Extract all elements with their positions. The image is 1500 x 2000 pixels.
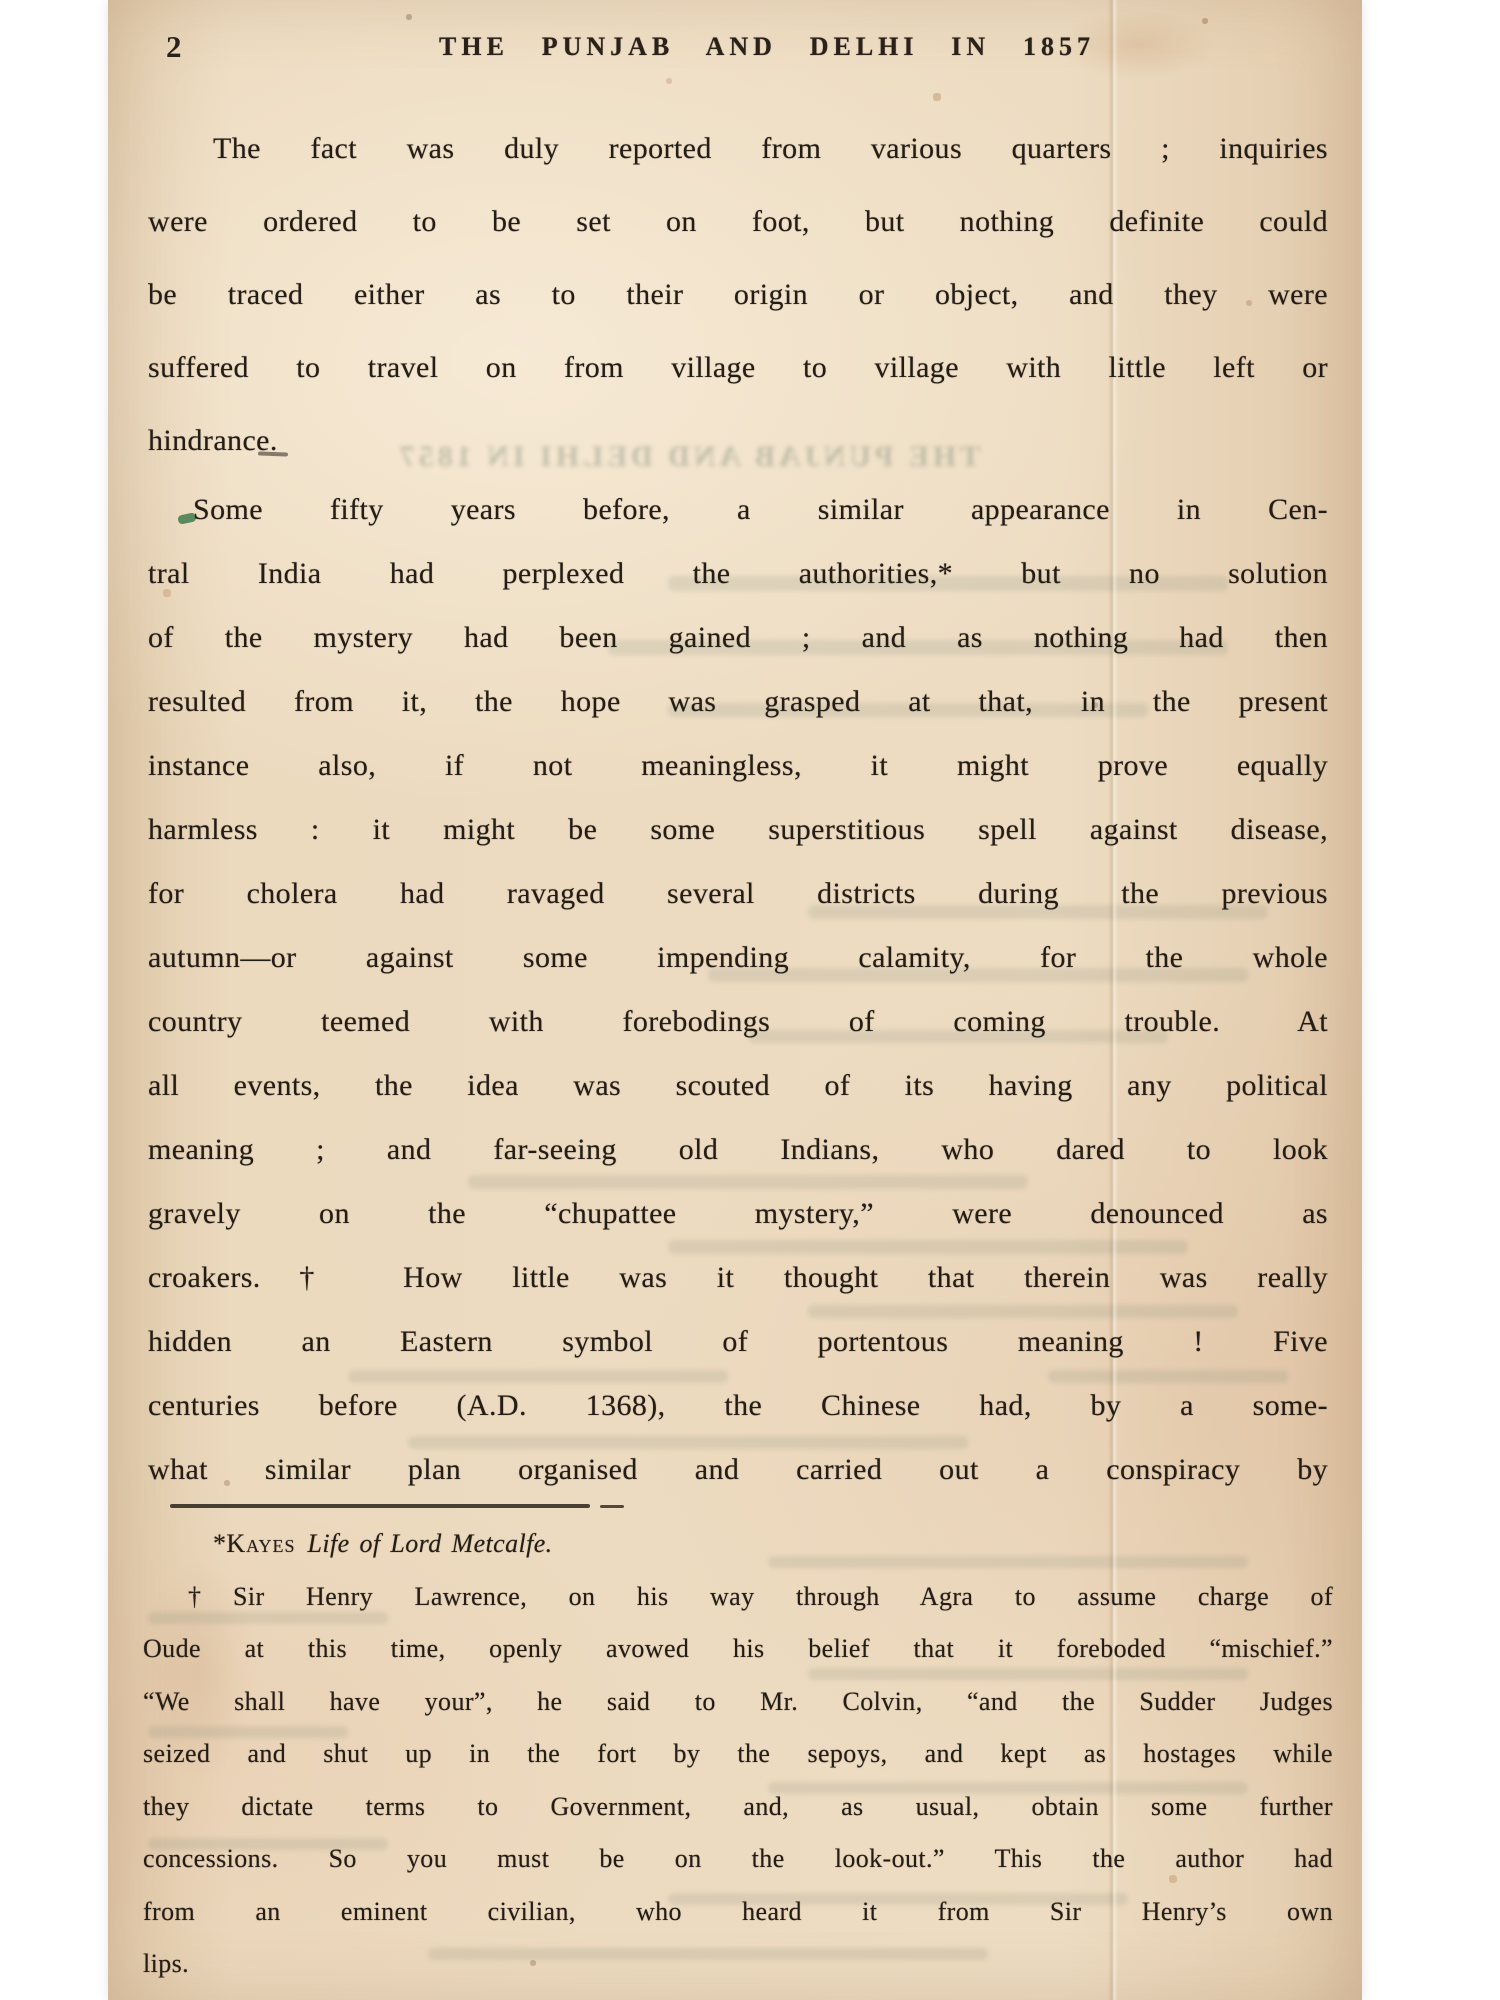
footnote-marker: * xyxy=(213,1529,226,1558)
footnote-rule-dash xyxy=(600,1505,624,1508)
text-line: for cholera had ravaged several district… xyxy=(148,862,1328,926)
text-line: †Sir Henry Lawrence, on his way through … xyxy=(143,1571,1333,1624)
text-line: autumn—or against some impending calamit… xyxy=(148,926,1328,990)
footnotes: *KayesLife of Lord Metcalfe. †Sir Henry … xyxy=(143,1518,1333,1991)
footnote-work-title: Life of Lord Metcalfe. xyxy=(308,1529,553,1558)
text-line: Oude at this time, openly avowed his bel… xyxy=(143,1623,1333,1676)
text-line: resulted from it, the hope was grasped a… xyxy=(148,670,1328,734)
text-line: hidden an Eastern symbol of portentous m… xyxy=(148,1310,1328,1374)
footnote-rule xyxy=(170,1504,590,1508)
text-line: hindrance. xyxy=(148,404,1328,477)
text-line: concessions. So you must be on the look-… xyxy=(143,1833,1333,1886)
text-line: The fact was duly reported from various … xyxy=(148,112,1328,185)
text-line: harmless : it might be some superstitiou… xyxy=(148,798,1328,862)
text-line: what similar plan organised and carried … xyxy=(148,1438,1328,1502)
text-line: croakers.† How little was it thought tha… xyxy=(148,1246,1328,1310)
text-line: Some fifty years before, a similar appea… xyxy=(148,478,1328,542)
text-line: they dictate terms to Government, and, a… xyxy=(143,1781,1333,1834)
text-line: all events, the idea was scouted of its … xyxy=(148,1054,1328,1118)
text-line: gravely on the “chupattee mystery,” were… xyxy=(148,1182,1328,1246)
text-line: “We shall have your”, he said to Mr. Col… xyxy=(143,1676,1333,1729)
foxing-specks xyxy=(108,0,110,2)
running-title: THE PUNJAB AND DELHI IN 1857 xyxy=(439,26,1095,68)
text-line: seized and shut up in the fort by the se… xyxy=(143,1728,1333,1781)
text-line: be traced either as to their origin or o… xyxy=(148,258,1328,331)
text-line: were ordered to be set on foot, but noth… xyxy=(148,185,1328,258)
text-line: centuries before (A.D. 1368), the Chines… xyxy=(148,1374,1328,1438)
text-line: meaning ; and far-seeing old Indians, wh… xyxy=(148,1118,1328,1182)
text-line: tral India had perplexed the authorities… xyxy=(148,542,1328,606)
paragraph-1: The fact was duly reported from various … xyxy=(148,112,1328,477)
screenshot-canvas: { "page": { "number": "2", "title": "THE… xyxy=(0,0,1500,2000)
text-line: instance also, if not meaningless, it mi… xyxy=(148,734,1328,798)
footnote-citation: *KayesLife of Lord Metcalfe. xyxy=(143,1518,1333,1571)
text-line: from an eminent civilian, who heard it f… xyxy=(143,1886,1333,1939)
text-line: lips. xyxy=(143,1938,1333,1991)
text-line: country teemed with forebodings of comin… xyxy=(148,990,1328,1054)
text-line: of the mystery had been gained ; and as … xyxy=(148,606,1328,670)
paragraph-2: Some fifty years before, a similar appea… xyxy=(148,478,1328,1502)
footnote-author: Kayes xyxy=(226,1529,295,1558)
scanned-page: THE PUNJAB AND DELHI IN 1857 2 THE PUNJA… xyxy=(108,0,1362,2000)
page-number: 2 xyxy=(166,26,182,68)
text-line: suffered to travel on from village to vi… xyxy=(148,331,1328,404)
